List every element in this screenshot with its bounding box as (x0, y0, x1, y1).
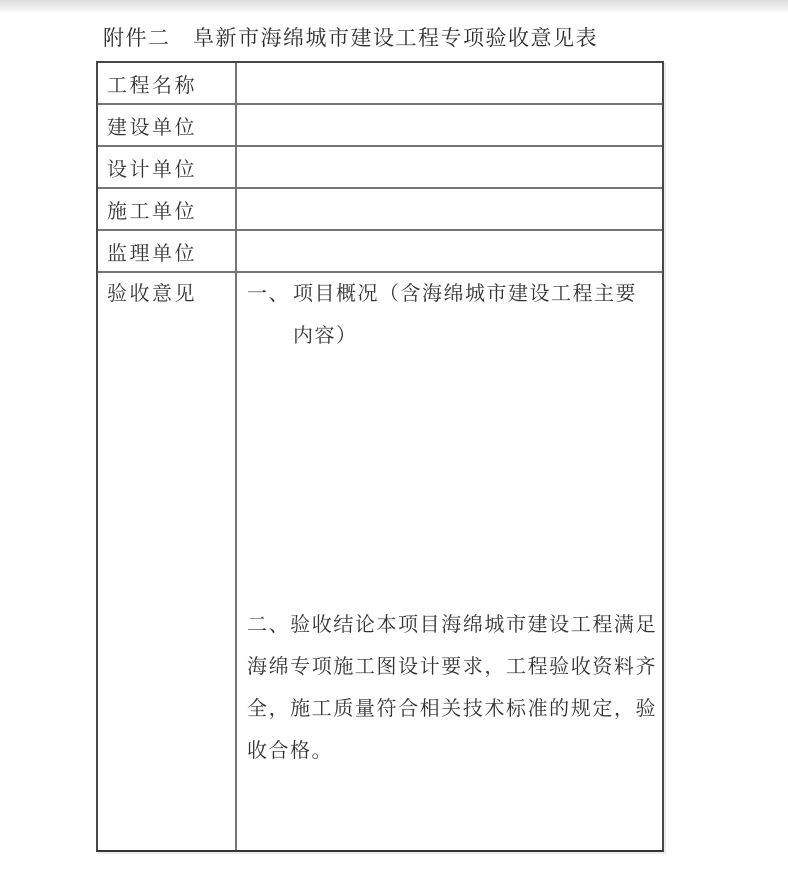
page-top-shadow (0, 0, 788, 14)
table-row-acceptance-opinion: 验收意见 一、项目概况（含海绵城市建设工程主要内容） 二、验收结论本项目海绵城市… (98, 273, 662, 850)
row-value-construction-unit[interactable] (237, 105, 662, 145)
table-row-project-name: 工程名称 (98, 63, 662, 105)
row-label-supervision-unit: 监理单位 (98, 231, 237, 271)
acceptance-form-table: 工程名称 建设单位 设计单位 施工单位 监理单位 验收意见 一、项目概况（含海绵… (96, 61, 664, 852)
row-value-project-name[interactable] (237, 63, 662, 103)
row-label-project-name: 工程名称 (98, 63, 237, 103)
acceptance-opinion-content-cell[interactable]: 一、项目概况（含海绵城市建设工程主要内容） 二、验收结论本项目海绵城市建设工程满… (237, 273, 662, 850)
page-title: 附件二 阜新市海绵城市建设工程专项验收意见表 (103, 26, 598, 50)
row-value-supervision-unit[interactable] (237, 231, 662, 271)
row-value-design-unit[interactable] (237, 147, 662, 187)
document-page: 附件二 阜新市海绵城市建设工程专项验收意见表 工程名称 建设单位 设计单位 施工… (0, 0, 788, 888)
opinion-item-acceptance-conclusion: 二、验收结论本项目海绵城市建设工程满足海绵专项施工图设计要求，工程验收资料齐全，… (247, 604, 657, 772)
opinion-item-1-marker: 一、 (247, 273, 293, 315)
opinion-item-1-text: 项目概况（含海绵城市建设工程主要内容） (293, 283, 637, 347)
row-label-design-unit: 设计单位 (98, 147, 237, 187)
table-row-construction-unit: 建设单位 (98, 105, 662, 147)
table-row-supervision-unit: 监理单位 (98, 231, 662, 273)
row-label-construction-unit: 建设单位 (98, 105, 237, 145)
row-value-builder-unit[interactable] (237, 189, 662, 229)
row-label-builder-unit: 施工单位 (98, 189, 237, 229)
row-label-acceptance-opinion: 验收意见 (98, 273, 237, 850)
acceptance-opinion-label: 验收意见 (107, 273, 197, 315)
table-row-builder-unit: 施工单位 (98, 189, 662, 231)
opinion-item-project-overview: 一、项目概况（含海绵城市建设工程主要内容） (247, 273, 652, 357)
table-row-design-unit: 设计单位 (98, 147, 662, 189)
